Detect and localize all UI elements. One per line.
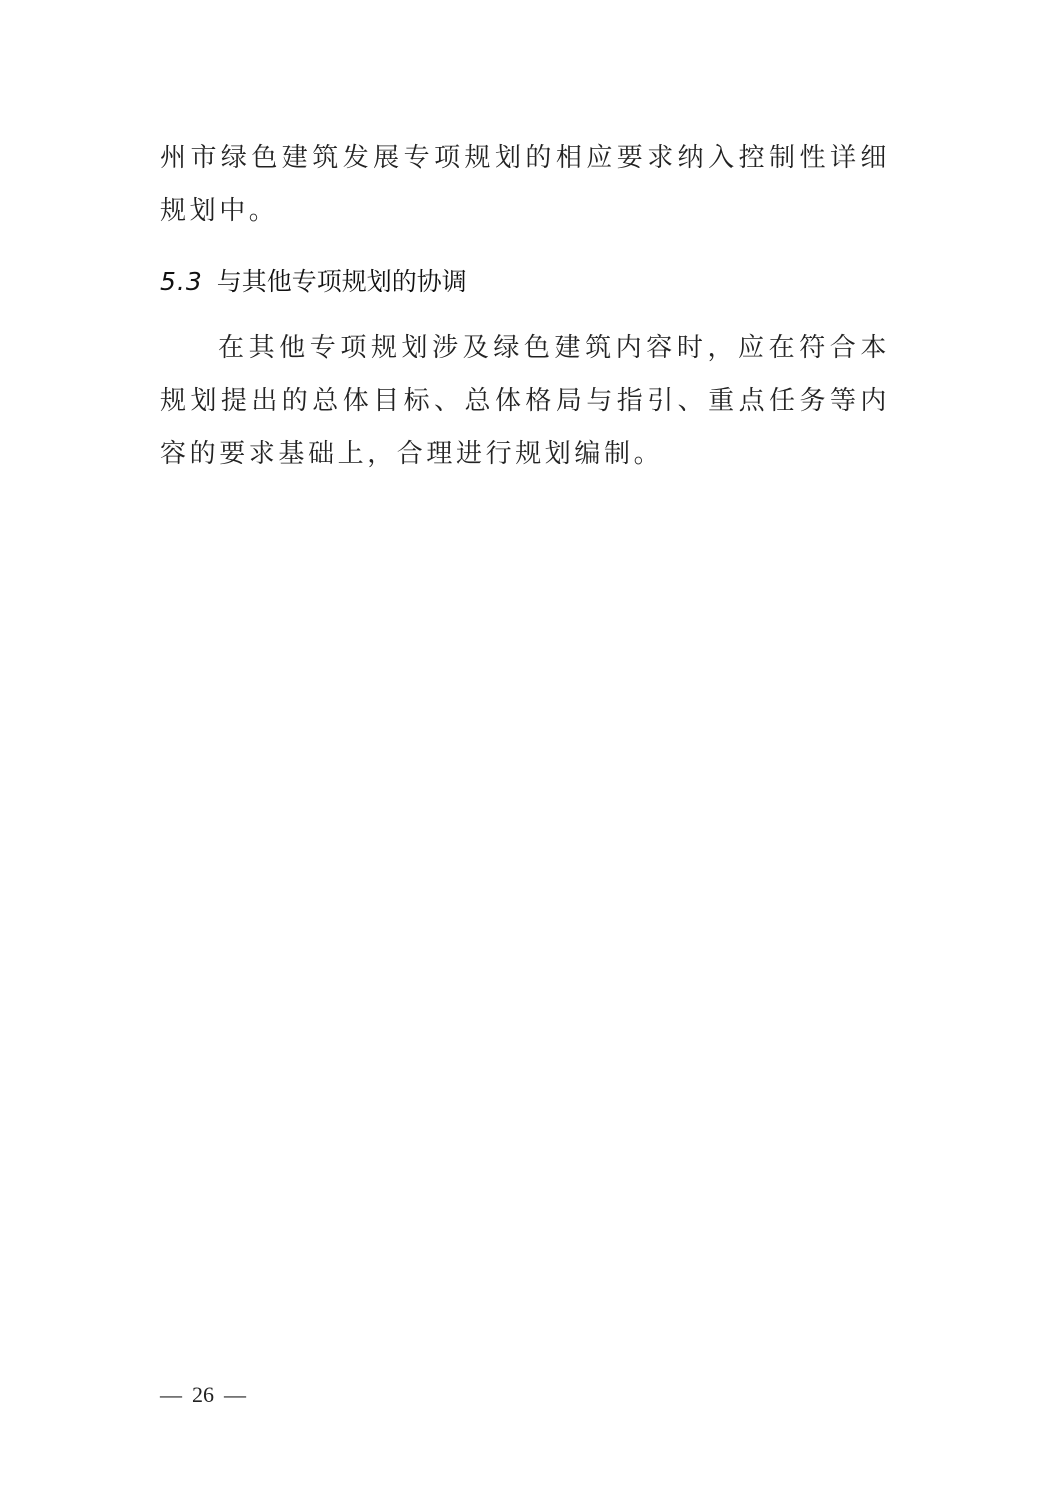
- footer-dash-right: —: [224, 1380, 246, 1410]
- footer-dash-left: —: [160, 1380, 182, 1410]
- section-title: 与其他专项规划的协调: [217, 267, 467, 296]
- section-heading: 5.3与其他专项规划的协调: [160, 262, 467, 302]
- document-page: 州市绿色建筑发展专项规划的相应要求纳入控制性详细规划中。 5.3与其他专项规划的…: [0, 0, 1050, 1485]
- section-number: 5.3: [160, 267, 203, 296]
- paragraph-coordination: 在其他专项规划涉及绿色建筑内容时，应在符合本规划提出的总体目标、总体格局与指引、…: [160, 322, 890, 481]
- page-number: 26: [192, 1382, 214, 1407]
- page-footer: —26—: [160, 1380, 246, 1410]
- paragraph-continuation: 州市绿色建筑发展专项规划的相应要求纳入控制性详细规划中。: [160, 132, 890, 238]
